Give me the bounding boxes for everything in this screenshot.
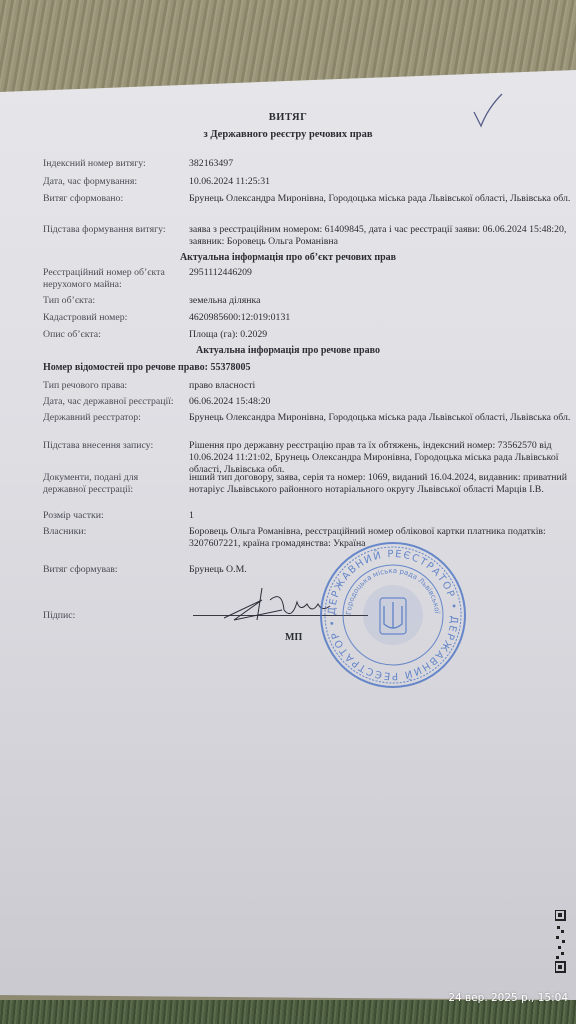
field-value: 06.06.2024 15:48:20 bbox=[189, 396, 576, 408]
field-label: Розмір частки: bbox=[43, 510, 183, 522]
field-label: Документи, подані для державної реєстрац… bbox=[43, 472, 183, 496]
document-title: ВИТЯГ bbox=[0, 112, 576, 123]
field-label: Опис об’єкта: bbox=[43, 329, 183, 341]
field-value: 10.06.2024 11:25:31 bbox=[189, 176, 576, 188]
registrar-stamp-icon: ДЕРЖАВНИЙ РЕЄСТРАТОР • ДЕРЖАВНИЙ РЕЄСТРА… bbox=[318, 540, 468, 690]
field-label: Реєстраційний номер об’єкта нерухомого м… bbox=[43, 267, 183, 291]
field-value: право власності bbox=[189, 380, 576, 392]
field-label: Власники: bbox=[43, 526, 183, 538]
document-page: ВИТЯГ з Державного реєстру речових прав … bbox=[0, 70, 576, 1010]
field-label: Кадастровий номер: bbox=[43, 312, 183, 324]
field-value: 1 bbox=[189, 510, 576, 522]
seal-label: МП bbox=[285, 632, 302, 643]
field-value: Брунець Олександра Миронівна, Городоцька… bbox=[189, 193, 576, 205]
photo-timestamp: 24 вер. 2025 р., 15:04 bbox=[448, 992, 568, 1004]
field-value: заява з реєстраційним номером: 61409845,… bbox=[189, 224, 576, 248]
field-value: 2951112446209 bbox=[189, 267, 576, 279]
field-value: 382163497 bbox=[189, 158, 576, 170]
field-value: Рішення про державну реєстрацію прав та … bbox=[189, 440, 576, 476]
right-section-heading: Актуальна інформація про речове право bbox=[0, 345, 576, 356]
field-label: Витяг сформував: bbox=[43, 564, 183, 576]
check-mark-icon bbox=[468, 90, 508, 130]
right-record-number: Номер відомостей про речове право: 55378… bbox=[43, 362, 250, 373]
field-label: Тип об’єкта: bbox=[43, 295, 183, 307]
qr-code-icon bbox=[555, 910, 576, 980]
field-label: Дата, час державної реєстрації: bbox=[43, 396, 183, 408]
field-label: Підстава формування витягу: bbox=[43, 224, 183, 236]
field-label: Витяг сформовано: bbox=[43, 193, 183, 205]
field-label: Підстава внесення запису: bbox=[43, 440, 183, 452]
field-label: Підпис: bbox=[43, 610, 183, 622]
field-value: 4620985600:12:019:0131 bbox=[189, 312, 576, 324]
field-label: Тип речового права: bbox=[43, 380, 183, 392]
field-label: Індексний номер витягу: bbox=[43, 158, 183, 170]
field-label: Дата, час формування: bbox=[43, 176, 183, 188]
field-value: Площа (га): 0.2029 bbox=[189, 329, 576, 341]
field-label: Державний реєстратор: bbox=[43, 412, 183, 424]
document-subtitle: з Державного реєстру речових прав bbox=[0, 129, 576, 140]
field-value: Брунець Олександра Миронівна, Городоцька… bbox=[189, 412, 576, 424]
object-section-heading: Актуальна інформація про об’єкт речових … bbox=[0, 252, 576, 263]
field-value: інший тип договору, заява, серія та номе… bbox=[189, 472, 576, 496]
field-value: земельна ділянка bbox=[189, 295, 576, 307]
